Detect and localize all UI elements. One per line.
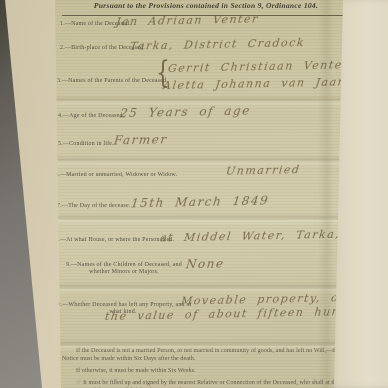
field-8-label: 8.—At what House, or where the Person di…: [55, 237, 174, 244]
field-5-value: Farmer: [113, 132, 168, 147]
fold-crease: [50, 155, 348, 167]
form-header: Pursuant to the Provisions contained in …: [70, 1, 342, 10]
footer-note-3: ☞ It must be filled up and signed by the…: [76, 380, 361, 388]
field-2-value: Tarka, District Cradock: [129, 36, 306, 53]
field-7-label: 7.—The Day of the decease.: [57, 203, 131, 210]
field-5-label: 5.—Condition in life.: [58, 141, 114, 148]
field-3-label: 3.—Names of the Parents of the Deceased.: [57, 78, 168, 85]
footer-note-2: If otherwise, it must be made within Six…: [76, 368, 356, 376]
field-3-value-line1: Gerrit Christiaan Venter &: [167, 58, 371, 75]
field-4-value: 25 Years of age: [119, 104, 252, 121]
field-1-value: Jan Adriaan Venter: [115, 12, 259, 28]
field-4-label: 4.—Age of the Deceased.: [58, 113, 124, 120]
field-9-value: None: [185, 257, 225, 272]
field-6-label: 6.—Married or unmarried, Widower or Wido…: [55, 172, 177, 179]
field-7-value: 15th March 1849: [130, 194, 270, 211]
field-9-label: 9.—Names of the Children of Deceased, an…: [55, 262, 193, 276]
fold-crease: [50, 213, 348, 225]
footer-note-1: If the Deceased is not a married Person,…: [62, 348, 354, 363]
photo-background: Pursuant to the Provisions contained in …: [0, 0, 388, 388]
field-6-value: Unmarried: [225, 163, 301, 178]
